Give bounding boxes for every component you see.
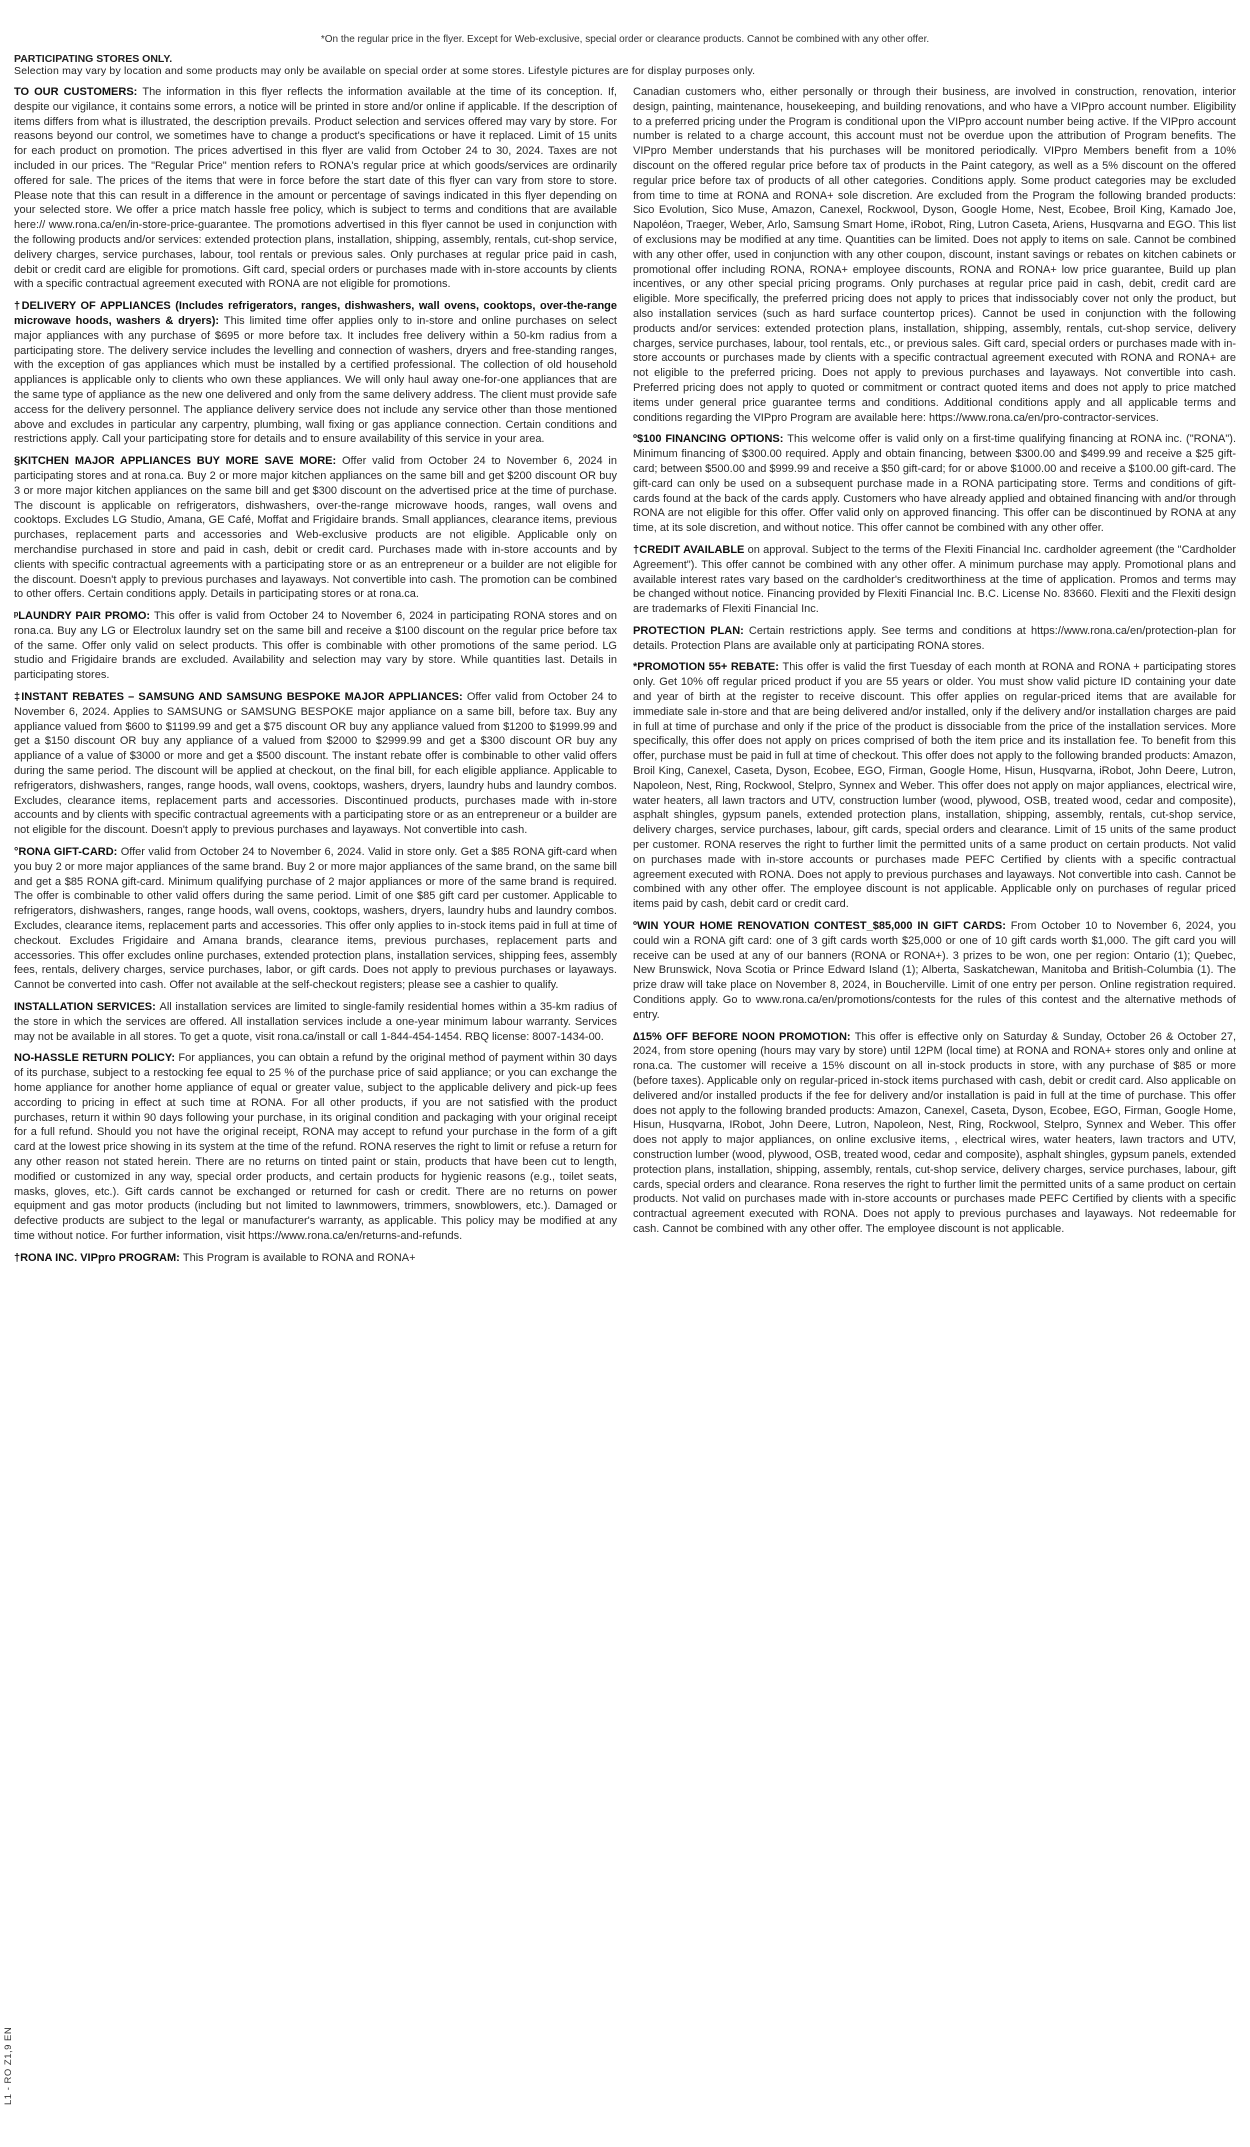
paragraph-heading: *PROMOTION 55+ REBATE: [633, 661, 782, 673]
paragraph-body: This Program is available to RONA and RO… [183, 1252, 416, 1264]
paragraph-body: This offer is valid the first Tuesday of… [633, 661, 1236, 910]
paragraph-body: Offer valid from October 24 to November … [14, 691, 617, 836]
paragraph-body: For appliances, you can obtain a refund … [14, 1052, 617, 1242]
paragraph-heading: †RONA INC. VIPpro PROGRAM: [14, 1252, 183, 1264]
paragraph-body: The information in this flyer reflects t… [14, 86, 617, 290]
paragraph-body: Offer valid from October 24 to November … [14, 846, 617, 991]
paragraph-body: Canadian customers who, either personall… [633, 86, 1236, 424]
terms-paragraph-vippro-continuation: Canadian customers who, either personall… [633, 85, 1236, 425]
left-column: TO OUR CUSTOMERS: The information in thi… [14, 85, 617, 1273]
paragraph-heading: ∆15% OFF BEFORE NOON PROMOTION: [633, 1031, 855, 1043]
terms-paragraph-protection-plan: PROTECTION PLAN: Certain restrictions ap… [633, 624, 1236, 654]
paragraph-heading: INSTALLATION SERVICES: [14, 1001, 159, 1013]
paragraph-body: From October 10 to November 6, 2024, you… [633, 920, 1236, 1021]
paragraph-heading: §KITCHEN MAJOR APPLIANCES BUY MORE SAVE … [14, 455, 342, 467]
right-column: Canadian customers who, either personall… [633, 85, 1236, 1273]
terms-paragraph-instant-rebates-samsung: ‡INSTANT REBATES – SAMSUNG AND SAMSUNG B… [14, 690, 617, 838]
terms-paragraph-win-home-renovation-contest: ºWIN YOUR HOME RENOVATION CONTEST_$85,00… [633, 919, 1236, 1023]
paragraph-heading: PROTECTION PLAN: [633, 625, 749, 637]
terms-paragraph-installation-services: INSTALLATION SERVICES: All installation … [14, 1000, 617, 1044]
regular-price-footnote: *On the regular price in the flyer. Exce… [0, 0, 1250, 45]
selection-note-line: Selection may vary by location and some … [14, 65, 1236, 77]
paragraph-heading: ᵖLAUNDRY PAIR PROMO: [14, 610, 154, 622]
terms-paragraph-rona-gift-card: °RONA GIFT-CARD: Offer valid from Octobe… [14, 845, 617, 993]
paragraph-heading: ºWIN YOUR HOME RENOVATION CONTEST_$85,00… [633, 920, 1011, 932]
paragraph-heading: °RONA GIFT-CARD: [14, 846, 121, 858]
paragraph-body: Offer valid from October 24 to November … [14, 455, 617, 600]
terms-paragraph-delivery-of-appliances: †DELIVERY OF APPLIANCES (Includes refrig… [14, 299, 617, 447]
terms-columns: TO OUR CUSTOMERS: The information in thi… [0, 77, 1250, 1273]
terms-paragraph-vippro-program: †RONA INC. VIPpro PROGRAM: This Program … [14, 1251, 617, 1266]
terms-paragraph-to-our-customers: TO OUR CUSTOMERS: The information in thi… [14, 85, 617, 292]
paragraph-heading: †CREDIT AVAILABLE [633, 544, 748, 556]
participating-stores-line: PARTICIPATING STORES ONLY. [14, 53, 1236, 65]
paragraph-body: This limited time offer applies only to … [14, 315, 617, 445]
terms-paragraph-promotion-55-rebate: *PROMOTION 55+ REBATE: This offer is val… [633, 660, 1236, 912]
terms-paragraph-15-off-before-noon: ∆15% OFF BEFORE NOON PROMOTION: This off… [633, 1030, 1236, 1237]
terms-paragraph-kitchen-major-appliances: §KITCHEN MAJOR APPLIANCES BUY MORE SAVE … [14, 454, 617, 602]
terms-paragraph-laundry-pair-promo: ᵖLAUNDRY PAIR PROMO: This offer is valid… [14, 609, 617, 683]
paragraph-body: This welcome offer is valid only on a fi… [633, 433, 1236, 534]
paragraph-heading: ‡INSTANT REBATES – SAMSUNG AND SAMSUNG B… [14, 691, 467, 703]
store-notes: PARTICIPATING STORES ONLY. Selection may… [0, 45, 1250, 77]
paragraph-heading: º$100 FINANCING OPTIONS: [633, 433, 787, 445]
terms-paragraph-100-financing-options: º$100 FINANCING OPTIONS: This welcome of… [633, 432, 1236, 536]
paragraph-body: This offer is effective only on Saturday… [633, 1031, 1236, 1235]
paragraph-heading: TO OUR CUSTOMERS: [14, 86, 142, 98]
terms-paragraph-no-hassle-return-policy: NO-HASSLE RETURN POLICY: For appliances,… [14, 1051, 617, 1243]
flyer-version-code: L1 - RO Z1,9 EN [3, 2027, 14, 2105]
terms-paragraph-credit-available: †CREDIT AVAILABLE on approval. Subject t… [633, 543, 1236, 617]
paragraph-heading: NO-HASSLE RETURN POLICY: [14, 1052, 178, 1064]
